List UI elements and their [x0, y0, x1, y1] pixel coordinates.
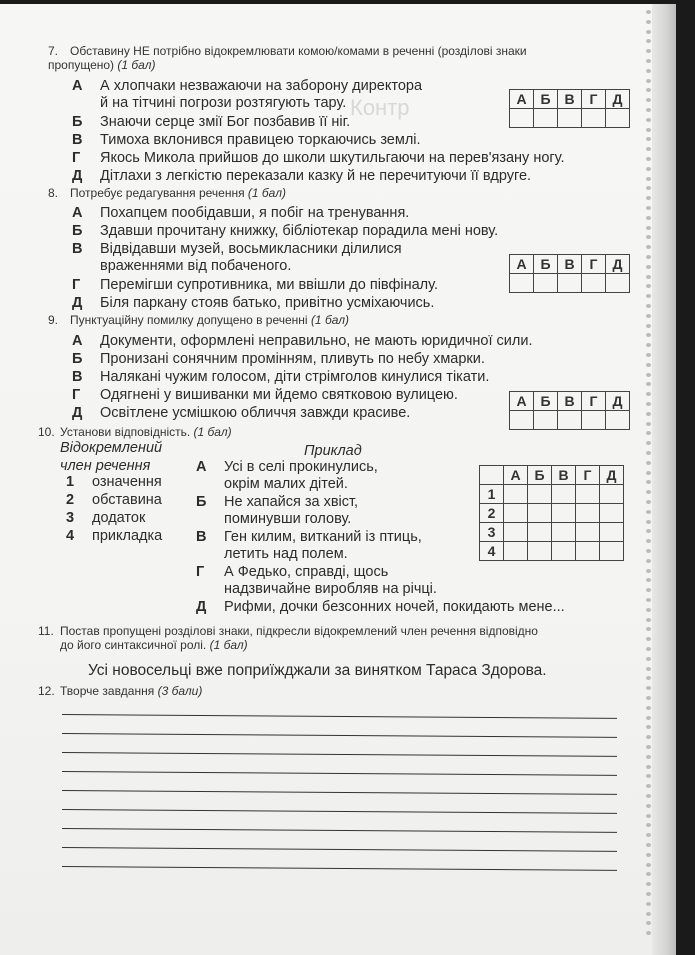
- question-7-prompt: 7.Обставину НЕ потрібно відокремлювати к…: [48, 44, 618, 72]
- option-text: Пронизані сонячним промінням, пливуть по…: [100, 351, 485, 367]
- option-text: Дітлахи з легкістю переказали казку й не…: [100, 168, 531, 184]
- q9-option-2[interactable]: ВНалякані чужим голосом, діти стрімголов…: [72, 369, 489, 386]
- option-letter: Г: [72, 387, 100, 404]
- question-10-prompt: 10.Установи відповідність. (1 бал): [38, 425, 232, 439]
- option-letter: Б: [72, 114, 100, 131]
- member-item-2: 2обставина: [66, 492, 162, 508]
- question-11-prompt: 11.Постав пропущені розділові знаки, під…: [38, 624, 618, 652]
- option-text: Перемігши супротивника, ми ввішли до пів…: [100, 277, 438, 293]
- member-item-1: 1означення: [66, 474, 162, 490]
- option-text: Похапцем пообідавши, я побіг на тренуван…: [100, 205, 409, 221]
- answer-grid-q10[interactable]: АБВГД 1 2 3 4: [479, 465, 624, 561]
- option-letter: Д: [72, 168, 100, 185]
- option-letter: В: [72, 241, 100, 258]
- option-text: Знаючи серце змії Бог позбавив її ніг.: [100, 114, 350, 130]
- example-item-1: БНе хапайся за хвіст,поминувши голову.: [196, 494, 358, 528]
- option-letter: А: [72, 333, 100, 350]
- option-letter: А: [72, 78, 100, 95]
- page-edge: [652, 4, 676, 955]
- q9-option-1[interactable]: БПронизані сонячним промінням, пливуть п…: [72, 351, 485, 368]
- option-text-cont: й на тітчині погрози розтягують тару.: [72, 95, 346, 111]
- option-text: Тимоха вклонився правицею торкаючись зем…: [100, 132, 421, 148]
- q7-option-1[interactable]: БЗнаючи серце змії Бог позбавив її ніг.: [72, 114, 350, 131]
- q8-option-1[interactable]: БЗдавши прочитану книжку, бібліотекар по…: [72, 223, 498, 240]
- option-letter: Д: [72, 295, 100, 312]
- example-item-0: АУсі в селі прокинулись,окрім малих діте…: [196, 459, 378, 493]
- option-text: Документи, оформлені неправильно, не маю…: [100, 333, 533, 349]
- column-header-member: Відокремлений: [60, 440, 162, 456]
- answer-grid-q8[interactable]: АБВГД: [509, 254, 630, 293]
- option-letter: Б: [72, 223, 100, 240]
- option-text: А хлопчаки незважаючи на заборону директ…: [100, 78, 422, 94]
- option-text: Біля паркану стояв батько, привітно усмі…: [100, 295, 434, 311]
- q11-sentence[interactable]: Усі новосельці вже поприїжджали за винят…: [88, 662, 547, 680]
- q9-option-4[interactable]: ДОсвітлене усмішкою обличчя завжди краси…: [72, 405, 410, 422]
- q7-option-2[interactable]: ВТимоха вклонився правицею торкаючись зе…: [72, 132, 421, 149]
- member-item-3: 3додаток: [66, 510, 145, 526]
- option-letter: В: [72, 132, 100, 149]
- q7-option-3[interactable]: ГЯкось Микола прийшов до школи шкутильга…: [72, 150, 565, 167]
- option-letter: А: [72, 205, 100, 222]
- answer-grid-q7[interactable]: АБВГД: [509, 89, 630, 128]
- q8-option-3[interactable]: ГПеремігши супротивника, ми ввішли до пі…: [72, 277, 438, 294]
- q8-option-4[interactable]: ДБіля паркану стояв батько, привітно усм…: [72, 295, 434, 312]
- option-text-cont: враженнями від побаченого.: [72, 258, 291, 274]
- member-item-4: 4прикладка: [66, 528, 162, 544]
- option-text: Відвідавши музей, восьмикласники ділилис…: [100, 241, 402, 257]
- option-text: Одягнені у вишиванки ми йдемо святковою …: [100, 387, 458, 403]
- option-text: Здавши прочитану книжку, бібліотекар пор…: [100, 223, 498, 239]
- option-text: Якось Микола прийшов до школи шкутильгаю…: [100, 150, 565, 166]
- question-8-prompt: 8.Потребує редагування речення (1 бал): [48, 186, 286, 200]
- option-letter: Г: [72, 150, 100, 167]
- option-letter: Б: [72, 351, 100, 368]
- option-letter: Г: [72, 277, 100, 294]
- q8-option-0[interactable]: АПохапцем пообідавши, я побіг на тренува…: [72, 205, 409, 222]
- q9-option-3[interactable]: ГОдягнені у вишиванки ми йдемо святковою…: [72, 387, 458, 404]
- example-item-3: ГА Федько, справді, щосьнадзвичайне виро…: [196, 564, 437, 598]
- q9-option-0[interactable]: АДокументи, оформлені неправильно, не ма…: [72, 333, 533, 350]
- q7-option-0[interactable]: АА хлопчаки незважаючи на заборону дирек…: [72, 78, 422, 112]
- answer-grid-q9[interactable]: АБВГД: [509, 391, 630, 430]
- option-text: Налякані чужим голосом, діти стрімголов …: [100, 369, 489, 385]
- q7-option-4[interactable]: ДДітлахи з легкістю переказали казку й н…: [72, 168, 531, 185]
- question-9-prompt: 9.Пунктуаційну помилку допущено в реченн…: [48, 313, 349, 327]
- option-letter: Д: [72, 405, 100, 422]
- column-header-member-2: член речення: [60, 458, 150, 474]
- q8-option-2[interactable]: ВВідвідавши музей, восьмикласники ділили…: [72, 241, 402, 275]
- binder-holes: [646, 10, 654, 945]
- example-item-4: ДРифми, дочки безсонних ночей, покидають…: [196, 599, 565, 616]
- question-12-prompt: 12.Творче завдання (3 бали): [38, 684, 202, 698]
- example-item-2: ВГен килим, витканий із птиць,летить над…: [196, 529, 422, 563]
- option-text: Освітлене усмішкою обличчя завжди красив…: [100, 405, 410, 421]
- option-letter: В: [72, 369, 100, 386]
- column-header-example: Приклад: [304, 443, 362, 459]
